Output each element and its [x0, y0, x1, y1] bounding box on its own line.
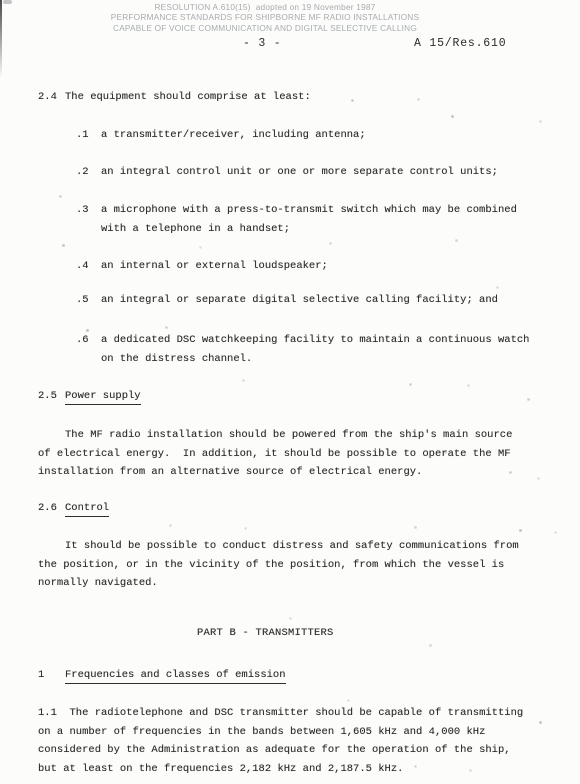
list-item-1: .1a transmitter/receiver, including ante… [76, 126, 537, 145]
scan-noise-speckles [0, 0, 1, 1]
list-item-2: .2an integral control unit or one or mor… [76, 163, 537, 182]
document-header: RESOLUTION A.610(15) adopted on 19 Novem… [0, 2, 530, 33]
section-2-5-heading: 2.5Power supply [38, 387, 141, 406]
section-1-title: Frequencies and classes of emission [65, 669, 286, 684]
list-item-2-number: .2 [76, 163, 101, 182]
list-item-3-text: a microphone with a press-to-transmit sw… [101, 201, 537, 239]
section-1-heading: 1Frequencies and classes of emission [38, 666, 286, 685]
list-item-4-number: .4 [76, 257, 101, 276]
part-b-heading: PART B - TRANSMITTERS [197, 627, 334, 639]
list-item-3: .3a microphone with a press-to-transmit … [76, 201, 537, 239]
list-item-5-number: .5 [76, 291, 101, 310]
list-item-6: .6a dedicated DSC watchkeeping facility … [76, 331, 537, 369]
section-2-5-number: 2.5 [38, 387, 65, 406]
list-item-5: .5an integral or separate digital select… [76, 291, 537, 310]
section-1-number: 1 [38, 666, 65, 685]
header-line-2: PERFORMANCE STANDARDS FOR SHIPBORNE MF R… [0, 12, 530, 22]
section-2-6-heading: 2.6Control [38, 499, 109, 518]
list-item-6-text: a dedicated DSC watchkeeping facility to… [101, 331, 537, 369]
list-item-1-number: .1 [76, 126, 101, 145]
header-line-1: RESOLUTION A.610(15) adopted on 19 Novem… [0, 2, 530, 12]
paragraph-2-5: The MF radio installation should be powe… [38, 426, 538, 482]
list-item-1-text: a transmitter/receiver, including antenn… [101, 126, 537, 145]
paragraph-1-1: 1.1 The radiotelephone and DSC transmitt… [38, 704, 538, 779]
section-2-4-number: 2.4 [38, 88, 65, 107]
section-2-6-number: 2.6 [38, 499, 65, 518]
paragraph-2-6: It should be possible to conduct distres… [38, 537, 538, 593]
list-item-2-text: an integral control unit or one or more … [101, 163, 537, 182]
header-line-3: CAPABLE OF VOICE COMMUNICATION AND DIGIT… [0, 23, 530, 33]
section-2-6-title: Control [65, 502, 109, 517]
list-item-4: .4an internal or external loudspeaker; [76, 257, 537, 276]
list-item-6-number: .6 [76, 331, 101, 350]
list-item-5-text: an integral or separate digital selectiv… [101, 291, 537, 310]
section-2-4: 2.4The equipment should comprise at leas… [38, 88, 311, 107]
scanned-document-page: RESOLUTION A.610(15) adopted on 19 Novem… [0, 0, 580, 784]
section-2-4-text: The equipment should comprise at least: [65, 91, 311, 103]
page-number: - 3 - [243, 37, 282, 50]
list-item-4-text: an internal or external loudspeaker; [101, 257, 537, 276]
section-2-5-title: Power supply [65, 390, 141, 405]
doc-reference: A 15/Res.610 [414, 37, 506, 50]
list-item-3-number: .3 [76, 201, 101, 220]
